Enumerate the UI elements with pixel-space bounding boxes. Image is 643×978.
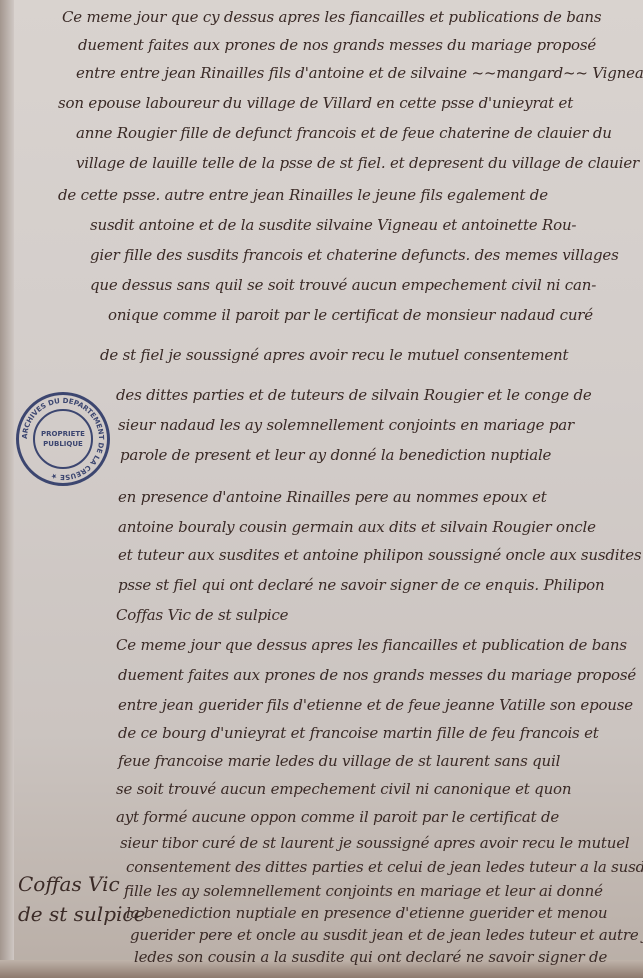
handwritten-line: son epouse laboureur du village de Villa… <box>58 94 573 112</box>
handwritten-line: Coffas Vic de st sulpice <box>116 606 288 624</box>
stamp-text-line1: PROPRIETE <box>41 429 85 439</box>
handwritten-line: entre entre jean Rinailles fils d'antoin… <box>76 64 643 82</box>
margin-note-line: de st sulpice <box>18 902 145 926</box>
handwritten-line: duement faites aux prones de nos grands … <box>118 666 636 684</box>
handwritten-line: village de lauille telle de la psse de s… <box>76 154 639 172</box>
handwritten-line: feue francoise marie ledes du village de… <box>118 752 560 770</box>
handwritten-line: ledes son cousin a la susdite qui ont de… <box>134 948 607 966</box>
handwritten-line: Ce meme jour que cy dessus apres les fia… <box>62 8 601 26</box>
handwritten-line: sieur nadaud les ay solemnellement conjo… <box>118 416 574 434</box>
handwritten-line: guerider pere et oncle au susdit jean et… <box>130 926 643 944</box>
handwritten-line: parole de present et leur ay donné la be… <box>120 446 551 464</box>
handwritten-line: anne Rougier fille de defunct francois e… <box>76 124 612 142</box>
handwritten-line: de ce bourg d'unieyrat et francoise mart… <box>118 724 599 742</box>
handwritten-line: en presence d'antoine Rinailles pere au … <box>118 488 547 506</box>
handwritten-line: sieur tibor curé de st laurent je soussi… <box>120 834 629 852</box>
handwritten-line: psse st fiel qui ont declaré ne savoir s… <box>118 576 604 594</box>
handwritten-line: onique comme il paroit par le certificat… <box>108 306 593 324</box>
handwritten-line: antoine bouraly cousin germain aux dits … <box>118 518 596 536</box>
handwritten-line: consentement des dittes parties et celui… <box>126 858 643 876</box>
handwritten-line: duement faites aux prones de nos grands … <box>78 36 596 54</box>
handwritten-line: et tuteur aux susdites et antoine philip… <box>118 546 643 564</box>
document-page: Ce meme jour que cy dessus apres les fia… <box>0 0 643 978</box>
handwritten-line: gier fille des susdits francois et chate… <box>90 246 619 264</box>
archive-stamp: ARCHIVES DU DEPARTEMENT DE LA CREUSE ★ P… <box>16 392 110 486</box>
handwritten-line: fille les ay solemnellement conjoints en… <box>124 882 603 900</box>
stamp-text-line2: PUBLIQUE <box>43 439 83 449</box>
stamp-center: PROPRIETE PUBLIQUE <box>33 409 93 469</box>
margin-note-line: Coffas Vic <box>18 872 120 896</box>
handwritten-line: des dittes parties et de tuteurs de silv… <box>116 386 592 404</box>
handwritten-line: susdit antoine et de la susdite silvaine… <box>90 216 576 234</box>
handwritten-line: que dessus sans quil se soit trouvé aucu… <box>90 276 596 294</box>
handwritten-line: ayt formé aucune oppon comme il paroit p… <box>116 808 559 826</box>
handwritten-line: entre jean guerider fils d'etienne et de… <box>118 696 633 714</box>
handwritten-line: se soit trouvé aucun empechement civil n… <box>116 780 571 798</box>
handwritten-line: la benediction nuptiale en presence d'et… <box>126 904 607 922</box>
handwritten-line: de cette psse. autre entre jean Rinaille… <box>58 186 548 204</box>
handwritten-line: Ce meme jour que dessus apres les fianca… <box>116 636 627 654</box>
handwritten-line: de st fiel je soussigné apres avoir recu… <box>100 346 568 364</box>
page-edge-left <box>0 0 14 978</box>
